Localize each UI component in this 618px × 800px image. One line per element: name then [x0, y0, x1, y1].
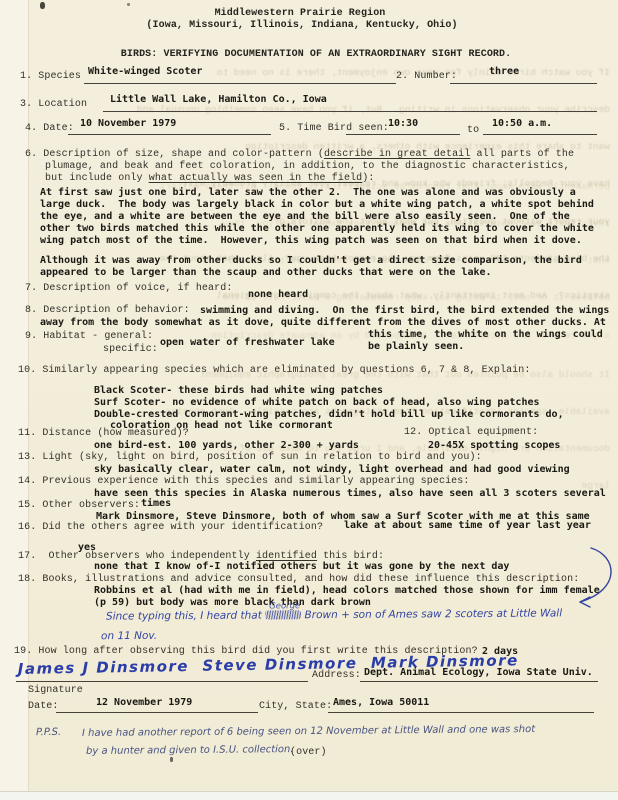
city-state-value: Ames, Iowa 50011	[333, 697, 429, 709]
q18-handwritten-note-line2: on 11 Nov.	[101, 630, 157, 642]
signature-line	[16, 681, 308, 682]
form-line	[56, 712, 258, 713]
q12-answer: 20-45X spotting scopes	[428, 440, 560, 452]
q6-label-part: but include only	[45, 173, 149, 184]
number-label: 2. Number:	[396, 71, 457, 83]
scan-speck	[127, 3, 130, 6]
q6-label-underlined: describe in great detail	[324, 149, 470, 160]
q6-answer-line: the eye, and a white are between the eye…	[40, 211, 570, 223]
q6-answer-line: At first saw just one bird, later saw th…	[40, 187, 576, 199]
form-line	[328, 712, 594, 713]
q9-specific-label: specific:	[103, 344, 158, 356]
city-state-label: City, State:	[259, 701, 332, 713]
form-line	[346, 134, 460, 135]
scribbled-out-word: George	[265, 610, 301, 619]
scan-speck	[170, 757, 173, 762]
form-line	[84, 83, 396, 84]
date-label: 4. Date:	[25, 123, 74, 135]
over-note: (over)	[290, 747, 327, 759]
form-title: BIRDS: VERIFYING DOCUMENTATION OF AN EXT…	[0, 49, 618, 61]
q10-label: 10. Similarly appearing species which ar…	[18, 365, 530, 377]
q13-answer: sky basically clear, water calm, not win…	[94, 464, 570, 476]
q12-label: 12. Optical equipment:	[404, 427, 538, 439]
species-label: 1. Species	[20, 71, 81, 83]
q15-carryover: times	[141, 498, 171, 510]
q10-answer-line: Black Scoter- these birds had white wing…	[94, 385, 383, 397]
q11-answer: one bird-est. 100 yards, other 2-300 + y…	[94, 440, 359, 452]
q8-answer-line: away from the body somewhat as it dove, …	[40, 317, 606, 329]
address-value: Dept. Animal Ecology, Iowa State Univ.	[364, 667, 593, 679]
q8-label: 8. Description of behavior:	[25, 305, 190, 317]
location-value: Little Wall Lake, Hamilton Co., Iowa	[110, 94, 327, 106]
form-line	[68, 134, 271, 135]
q11-label: 11. Distance (how measured)?	[18, 428, 189, 440]
q6-label-part: ):	[362, 173, 374, 184]
q13-label: 13. Light (sky, light on bird, position …	[18, 452, 482, 464]
sig-date-value: 12 November 1979	[96, 697, 192, 709]
form-region-title: Middlewestern Prairie Region	[0, 8, 600, 20]
note-text: Brown + son of Ames saw 2 scoters at Lit…	[301, 607, 562, 621]
q18-answer-line: (p 59) but body was more black than dark…	[94, 597, 371, 609]
q8-answer-line: be plainly seen.	[368, 341, 464, 353]
form-line	[360, 681, 598, 682]
form-line	[483, 134, 597, 135]
time-to-label: to	[467, 125, 479, 137]
inserted-word: George	[269, 601, 300, 611]
q6-answer-line: wing patch most of the time. However, th…	[40, 235, 582, 247]
q6-answer-line: large duck. The body was largely black i…	[40, 199, 594, 211]
time-from-value: 10:30	[388, 118, 418, 130]
species-value: White-winged Scoter	[88, 66, 202, 78]
pps-line2: by a hunter and given to I.S.U. collecti…	[86, 744, 294, 757]
q6-label-line2: plumage, and beak and feet coloration, i…	[45, 161, 570, 173]
q9-label: 9. Habitat - general:	[25, 331, 153, 343]
q17-answer: none that I know of-I notified others bu…	[94, 561, 509, 573]
q6-label-line1: 6. Description of size, shape and color-…	[25, 149, 574, 161]
signature-label: Signature	[28, 685, 83, 697]
pps-line1: I have had another report of 6 being see…	[82, 724, 535, 739]
q6-label-line3: but include only what actually was seen …	[45, 173, 374, 185]
q6-answer-line: appeared to be larger than the scaup and…	[40, 267, 492, 279]
q10-answer-line: Surf Scoter- no evidence of white patch …	[94, 397, 540, 409]
q18-answer-line: Robbins et al (had with me in field), he…	[94, 585, 600, 597]
address-label: Address:	[312, 670, 361, 682]
q8-answer-line: swimming and diving. On the first bird, …	[200, 305, 609, 317]
q18-handwritten-note: Since typing this, I heard that George B…	[106, 607, 562, 622]
q6-label-part: all parts of the	[470, 149, 574, 160]
form-region-states: (Iowa, Missouri, Illinois, Indiana, Kent…	[0, 20, 604, 32]
number-value: three	[489, 66, 519, 78]
q14-label: 14. Previous experience with this specie…	[18, 476, 469, 488]
q7-answer: none heard	[248, 289, 308, 301]
q9-answer: open water of freshwater lake	[160, 337, 335, 349]
scanned-form-page: If you watch birds mainly for your own e…	[0, 0, 618, 800]
q6-label-underlined: what actually was seen in the field	[149, 173, 363, 184]
q6-answer-line: other two birds matched this while the o…	[40, 223, 594, 235]
location-label: 3. Location	[20, 99, 87, 111]
q16-carryover: lake at about same time of year last yea…	[344, 520, 591, 532]
scan-edge	[0, 791, 618, 800]
q6-answer-line: Although it was away from other ducks so…	[40, 255, 582, 267]
q8-answer-line: this time, the white on the wings could	[368, 329, 603, 341]
q6-label-part: 6. Description of size, shape and color-…	[25, 149, 324, 160]
pps-tag: P.P.S.	[36, 727, 61, 738]
sig-date-label: Date:	[28, 701, 59, 713]
q16-label: 16. Did the others agree with your ident…	[18, 522, 323, 534]
form-line	[450, 83, 597, 84]
q7-label: 7. Description of voice, if heard:	[25, 283, 232, 295]
time-to-value: 10:50 a.m.	[492, 118, 552, 130]
date-value: 10 November 1979	[80, 118, 176, 130]
note-text: Since typing this, I heard that	[106, 609, 265, 622]
form-line	[103, 111, 597, 112]
